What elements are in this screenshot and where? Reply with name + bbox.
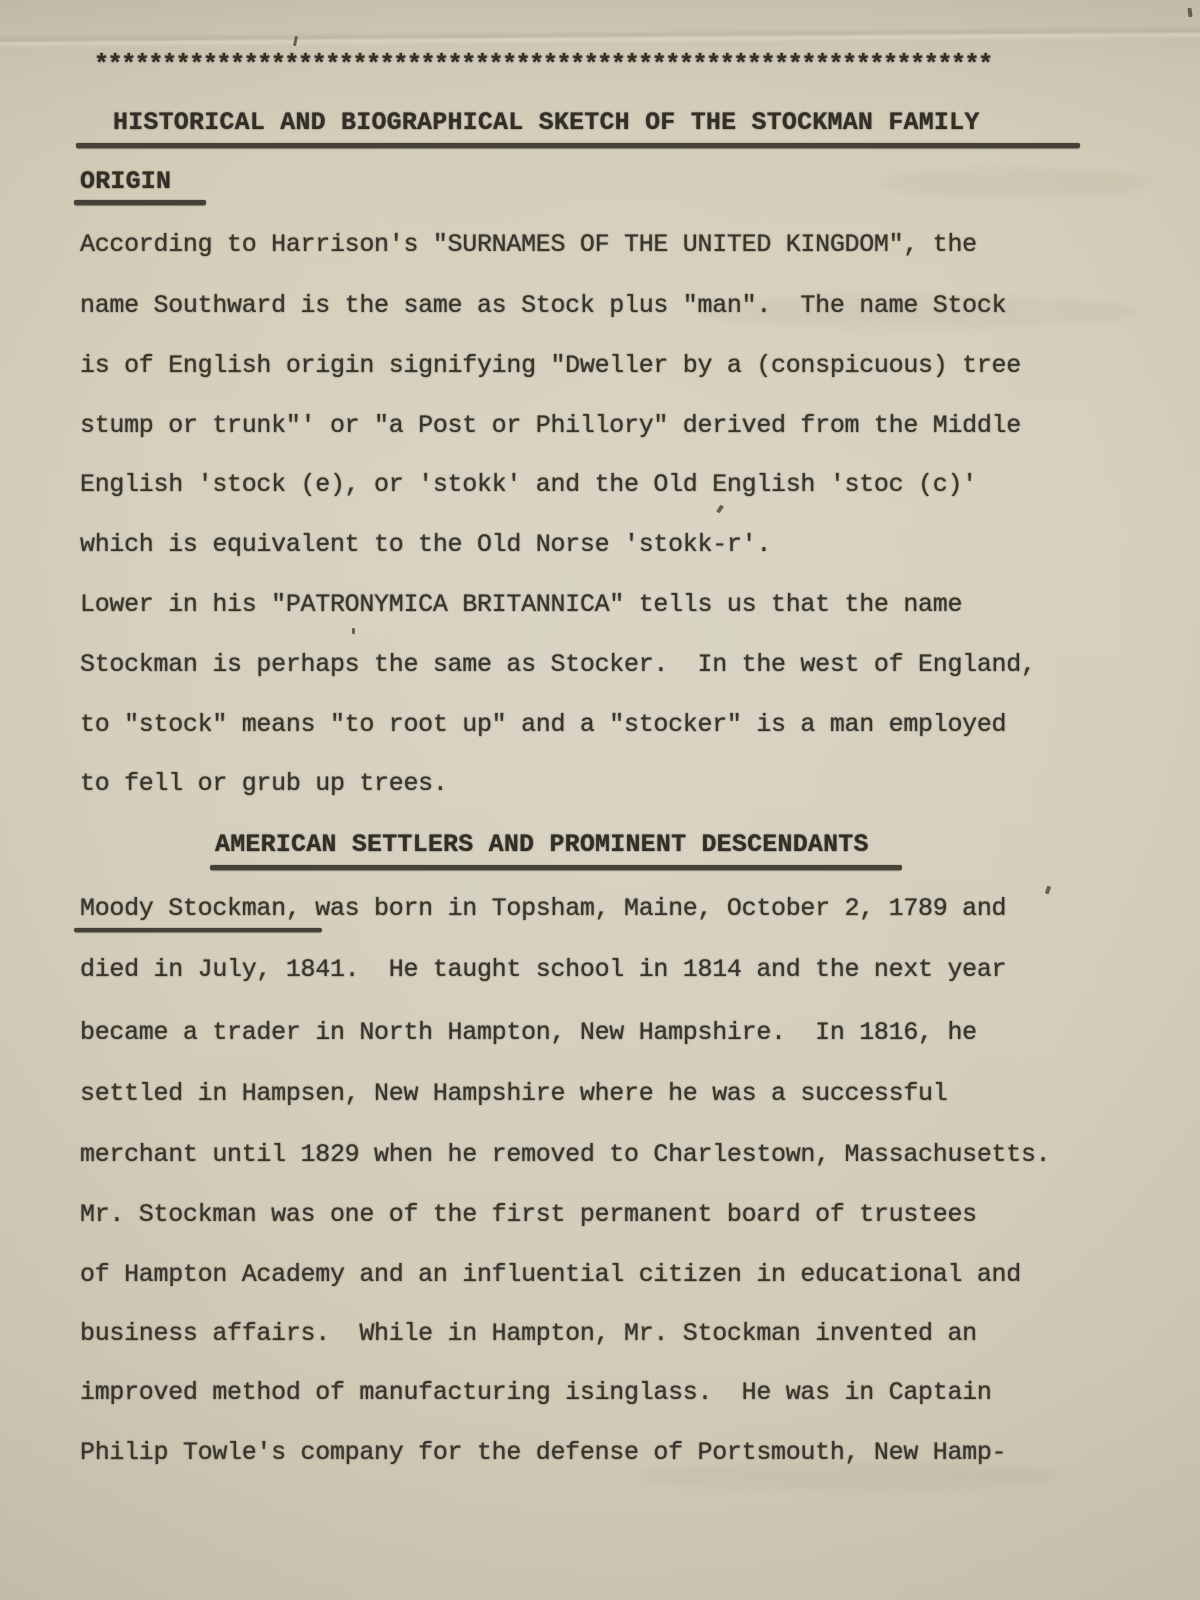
body-line: which is equivalent to the Old Norse 'st… xyxy=(80,530,771,560)
section-heading-origin: ORIGIN xyxy=(80,167,171,197)
ink-speck xyxy=(716,505,724,514)
scanned-document-page: ****************************************… xyxy=(0,0,1200,1600)
body-line: improved method of manufacturing isingla… xyxy=(80,1378,992,1408)
body-line: became a trader in North Hampton, New Ha… xyxy=(80,1018,977,1048)
body-line: English 'stock (e), or 'stokk' and the O… xyxy=(80,470,977,500)
ink-speck xyxy=(352,628,355,634)
title-underline xyxy=(76,143,1080,148)
origin-heading-underline xyxy=(74,200,206,205)
body-line: Lower in his "PATRONYMICA BRITANNICA" te… xyxy=(80,590,962,620)
body-line: settled in Hampsen, New Hampshire where … xyxy=(80,1079,947,1109)
american-heading-underline xyxy=(210,865,902,870)
body-line: Stockman is perhaps the same as Stocker.… xyxy=(80,650,1036,680)
page-title: HISTORICAL AND BIOGRAPHICAL SKETCH OF TH… xyxy=(113,108,980,138)
body-text: was born in Topsham, Maine, October 2, 1… xyxy=(301,894,1007,923)
paper-fold-crease xyxy=(0,25,1200,49)
body-line: business affairs. While in Hampton, Mr. … xyxy=(80,1319,977,1349)
body-line: to "stock" means "to root up" and a "sto… xyxy=(80,710,1006,740)
moody-stockman-underline xyxy=(74,928,322,932)
decoration-asterisk-line: ****************************************… xyxy=(94,50,992,80)
ink-speck xyxy=(1045,886,1051,895)
body-line: died in July, 1841. He taught school in … xyxy=(80,955,1006,985)
bleed-through-smudge xyxy=(880,168,1150,198)
body-line: to fell or grub up trees. xyxy=(80,769,448,799)
moody-stockman-name: Moody Stockman, xyxy=(80,894,301,923)
body-line: Moody Stockman, was born in Topsham, Mai… xyxy=(80,894,1006,924)
body-line: is of English origin signifying "Dweller… xyxy=(80,351,1021,381)
body-line: stump or trunk"' or "a Post or Phillory"… xyxy=(80,411,1021,441)
body-line: According to Harrison's "SURNAMES OF THE… xyxy=(80,230,977,260)
body-line: Mr. Stockman was one of the first perman… xyxy=(80,1200,977,1230)
body-line: merchant until 1829 when he removed to C… xyxy=(80,1140,1050,1170)
ink-speck xyxy=(1187,8,1192,17)
body-line: Philip Towle's company for the defense o… xyxy=(80,1438,1006,1468)
body-line: of Hampton Academy and an influential ci… xyxy=(80,1260,1021,1290)
body-line: name Southward is the same as Stock plus… xyxy=(80,291,1006,321)
section-heading-american-settlers: AMERICAN SETTLERS AND PROMINENT DESCENDA… xyxy=(215,830,869,860)
